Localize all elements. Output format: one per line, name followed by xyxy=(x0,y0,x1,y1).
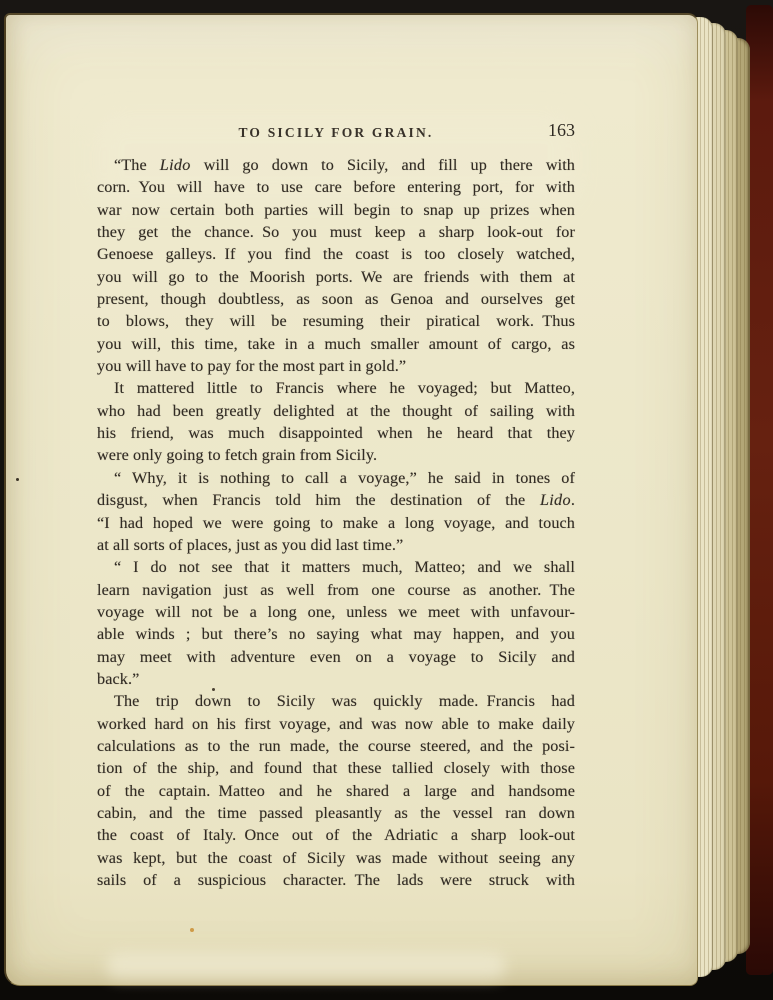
running-head-title: TO SICILY FOR GRAIN. xyxy=(97,125,575,141)
text-line: learn navigation just as well from one c… xyxy=(97,579,575,601)
text-line: to blows, they will be resuming their pi… xyxy=(97,310,575,332)
paragraph: “The Lido will go down to Sicily, and fi… xyxy=(97,154,575,377)
text-line: It mattered little to Francis where he v… xyxy=(97,377,575,399)
text-line: you will have to pay for the most part i… xyxy=(97,355,575,377)
text-line: of the captain. Matteo and he shared a l… xyxy=(97,780,575,802)
page-number: 163 xyxy=(548,120,575,141)
text-line: corn. You will have to use care before e… xyxy=(97,176,575,198)
text-line: was kept, but the coast of Sicily was ma… xyxy=(97,847,575,869)
text-line: voyage will not be a long one, unless we… xyxy=(97,601,575,623)
text-line: The trip down to Sicily was quickly made… xyxy=(97,690,575,712)
text-line: Genoese galleys. If you find the coast i… xyxy=(97,243,575,265)
paragraph: It mattered little to Francis where he v… xyxy=(97,377,575,466)
text-line: cabin, and the time passed pleasantly as… xyxy=(97,802,575,824)
scan-light-streak xyxy=(106,953,506,979)
text-block: TO SICILY FOR GRAIN. 163 “The Lido will … xyxy=(97,123,575,891)
text-line: “ I do not see that it matters much, Mat… xyxy=(97,556,575,578)
text-line: “ Why, it is nothing to call a voyage,” … xyxy=(97,467,575,489)
book-cover xyxy=(746,5,773,975)
text-line: able winds ; but there’s no saying what … xyxy=(97,623,575,645)
text-line: may meet with adventure even on a voyage… xyxy=(97,646,575,668)
text-line: the coast of Italy. Once out of the Adri… xyxy=(97,824,575,846)
text-line: tion of the ship, and found that these t… xyxy=(97,757,575,779)
book-scene: TO SICILY FOR GRAIN. 163 “The Lido will … xyxy=(0,0,773,1000)
text-line: you will, this time, take in a much smal… xyxy=(97,333,575,355)
text-line: sails of a suspicious character. The lad… xyxy=(97,869,575,891)
paragraph: “ I do not see that it matters much, Mat… xyxy=(97,556,575,690)
text-line: calculations as to the run made, the cou… xyxy=(97,735,575,757)
text-line: they get the chance. So you must keep a … xyxy=(97,221,575,243)
dust-speck xyxy=(190,928,194,932)
paragraph: “ Why, it is nothing to call a voyage,” … xyxy=(97,467,575,556)
text-line: you will go to the Moorish ports. We are… xyxy=(97,266,575,288)
text-line: his friend, was much disappointed when h… xyxy=(97,422,575,444)
text-line: present, though doubtless, as soon as Ge… xyxy=(97,288,575,310)
text-line: at all sorts of places, just as you did … xyxy=(97,534,575,556)
text-line: war now certain both parties will begin … xyxy=(97,199,575,221)
text-line: “The Lido will go down to Sicily, and fi… xyxy=(97,154,575,176)
dust-speck xyxy=(16,478,19,481)
text-line: who had been greatly delighted at the th… xyxy=(97,400,575,422)
text-line: disgust, when Francis told him the desti… xyxy=(97,489,575,511)
text-line: were only going to fetch grain from Sici… xyxy=(97,444,575,466)
text-line: worked hard on his first voyage, and was… xyxy=(97,713,575,735)
paragraph: The trip down to Sicily was quickly made… xyxy=(97,690,575,891)
text-line: back.” xyxy=(97,668,575,690)
main-page: TO SICILY FOR GRAIN. 163 “The Lido will … xyxy=(4,13,698,986)
page-header: TO SICILY FOR GRAIN. 163 xyxy=(97,123,575,143)
text-line: “I had hoped we were going to make a lon… xyxy=(97,512,575,534)
